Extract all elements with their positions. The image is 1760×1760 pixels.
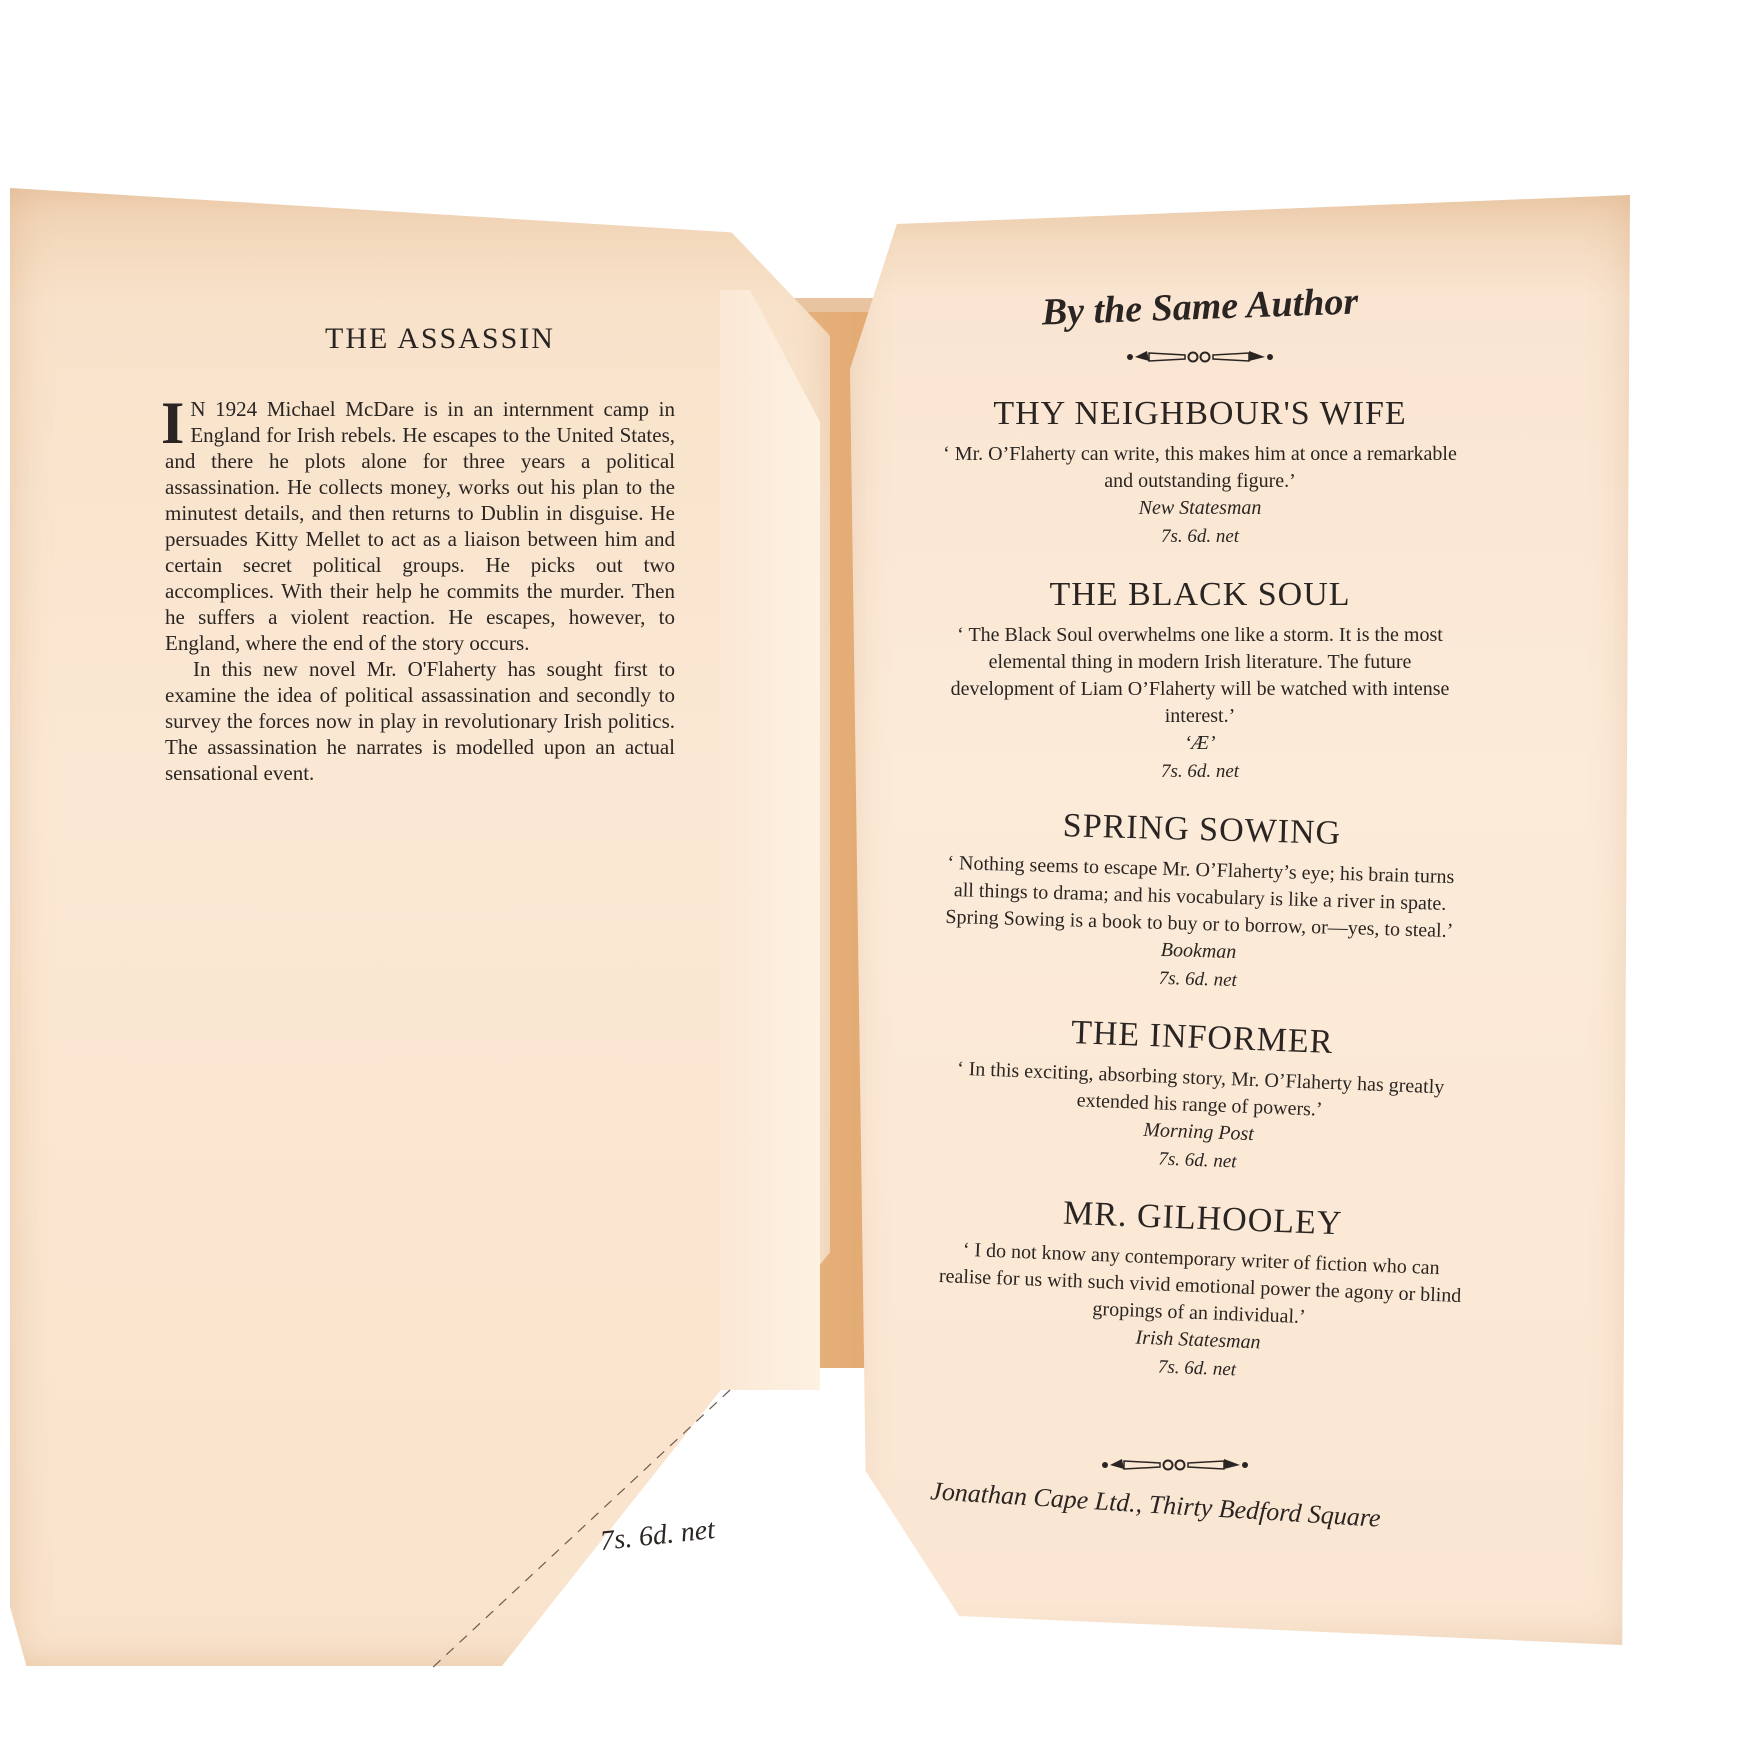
by-same-author-heading: By the Same Author (934, 276, 1465, 338)
book-title: THE ASSASSIN (165, 322, 675, 356)
left-flap-text: THE ASSASSIN IN 1924 Michael McDare is i… (165, 322, 675, 786)
book-entry-price: 7s. 6d. net (935, 761, 1465, 783)
book-entry: THY NEIGHBOUR'S WIFE ‘ Mr. O’Flaherty ca… (935, 395, 1465, 548)
book-entry-price: 7s. 6d. net (935, 526, 1465, 548)
blurb-paragraph-1: IN 1924 Michael McDare is in an internme… (165, 396, 675, 656)
book-entry-source: ‘Æ’ (935, 732, 1465, 755)
printer-ornament-icon (1100, 1455, 1250, 1475)
book-jacket-scene: THE ASSASSIN IN 1924 Michael McDare is i… (0, 0, 1760, 1760)
book-entry: SPRING SOWING ‘ Nothing seems to escape … (933, 804, 1468, 999)
book-entry-quote: ‘ The Black Soul overwhelms one like a s… (935, 622, 1465, 730)
book-entry: MR. GILHOOLEY ‘ I do not know any contem… (932, 1190, 1469, 1390)
left-flap-fold (720, 290, 820, 1390)
book-entry: THE INFORMER ‘ In this exciting, absorbi… (932, 1009, 1467, 1182)
dropcap: I (161, 398, 184, 448)
right-flap-text: By the Same Author THY NEIGHBOUR'S WIFE … (935, 285, 1465, 1408)
book-entry-title: THE BLACK SOUL (935, 576, 1465, 614)
book-entry-source: New Statesman (935, 497, 1465, 520)
blurb-paragraph-1-text: N 1924 Michael McDare is in an internmen… (165, 397, 675, 655)
blurb-paragraph-2: In this new novel Mr. O'Flaherty has sou… (165, 656, 675, 786)
printer-ornament-icon (1125, 347, 1275, 367)
book-entry-title: THY NEIGHBOUR'S WIFE (935, 395, 1465, 433)
book-entry-quote: ‘ Mr. O’Flaherty can write, this makes h… (935, 441, 1465, 495)
book-entry: THE BLACK SOUL ‘ The Black Soul overwhel… (935, 576, 1465, 783)
book-entry-quote: ‘ Nothing seems to escape Mr. O’Flaherty… (934, 850, 1466, 946)
book-entry-title: SPRING SOWING (937, 804, 1468, 857)
blurb: IN 1924 Michael McDare is in an internme… (165, 396, 675, 786)
